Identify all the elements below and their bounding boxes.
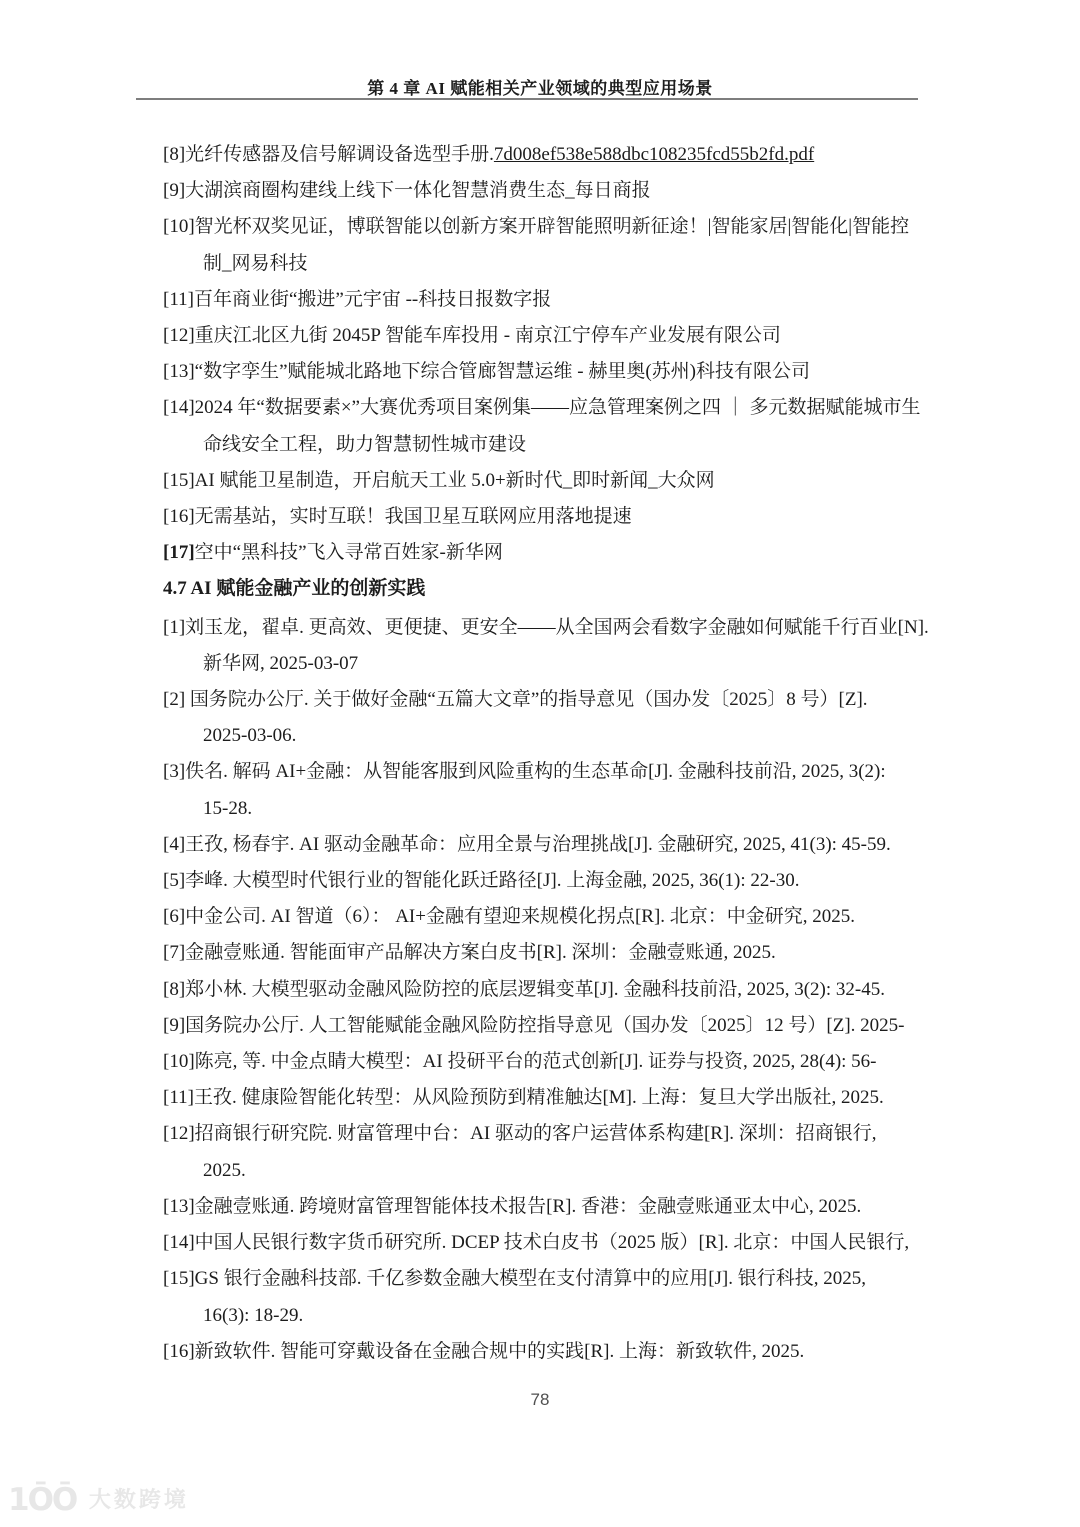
reference-text: [12]招商银行研究院. 财富管理中台：AI 驱动的客户运营体系构建[R]. 深… (163, 1123, 877, 1144)
reference-text: 15-28. (203, 798, 252, 819)
reference-text: [6]中金公司. AI 智道（6）： AI+金融有望迎来规模化拐点[R]. 北京… (163, 906, 855, 927)
pdf-link[interactable]: 7d008ef538e588dbc108235fcd55b2fd.pdf (494, 144, 814, 165)
reference-text: 制_网易科技 (203, 253, 308, 274)
reference-line: [10]智光杯双奖见证，博联智能以创新方案开辟智能照明新征途！|智能家居|智能化… (163, 209, 993, 245)
reference-text: [9]大湖滨商圈构建线上线下一体化智慧消费生态_每日商报 (163, 180, 651, 201)
reference-line: [7]金融壹账通. 智能面审产品解决方案白皮书[R]. 深圳：金融壹账通, 20… (163, 935, 993, 971)
reference-line: [8]光纤传感器及信号解调设备选型手册.7d008ef538e588dbc108… (163, 137, 993, 173)
reference-line: [11]王孜. 健康险智能化转型：从风险预防到精准触达[M]. 上海：复旦大学出… (163, 1080, 993, 1116)
reference-text: 2025. (203, 1160, 246, 1181)
reference-text: [16]无需基站，实时互联！我国卫星互联网应用落地提速 (163, 506, 632, 527)
reference-line: [13]“数字孪生”赋能城北路地下综合管廊智慧运维 - 赫里奥(苏州)科技有限公… (163, 354, 993, 390)
reference-text: [16]新致软件. 智能可穿戴设备在金融合规中的实践[R]. 上海：新致软件, … (163, 1341, 804, 1362)
reference-line: [9]国务院办公厅. 人工智能赋能金融风险防控指导意见（国办发〔2025〕12 … (163, 1008, 993, 1044)
reference-line: 15-28. (163, 791, 993, 827)
header-divider-line (136, 98, 918, 100)
section-heading-4-7: 4.7 AI 赋能金融产业的创新实践 (163, 571, 993, 607)
reference-text: [11]百年商业街“搬进”元宇宙 --科技日报数字报 (163, 289, 551, 310)
reference-text: [7]金融壹账通. 智能面审产品解决方案白皮书[R]. 深圳：金融壹账通, 20… (163, 942, 776, 963)
reference-text: [15]AI 赋能卫星制造，开启航天工业 5.0+新时代_即时新闻_大众网 (163, 470, 715, 491)
reference-text: 2025-03-06. (203, 725, 296, 746)
reference-text: [8]郑小林. 大模型驱动金融风险防控的底层逻辑变革[J]. 金融科技前沿, 2… (163, 979, 885, 1000)
reference-text: 命线安全工程，助力智慧韧性城市建设 (203, 434, 526, 455)
reference-line: [16]新致软件. 智能可穿戴设备在金融合规中的实践[R]. 上海：新致软件, … (163, 1334, 993, 1370)
reference-text: [3]佚名. 解码 AI+金融：从智能客服到风险重构的生态革命[J]. 金融科技… (163, 761, 886, 782)
reference-line: 新华网, 2025-03-07 (163, 646, 993, 682)
reference-text: [15]GS 银行金融科技部. 千亿参数金融大模型在支付清算中的应用[J]. 银… (163, 1268, 866, 1289)
reference-line: 16(3): 18-29. (163, 1298, 993, 1334)
web-references-list: [8]光纤传感器及信号解调设备选型手册.7d008ef538e588dbc108… (163, 137, 993, 571)
reference-line: [17]空中“黑科技”飞入寻常百姓家-新华网 (163, 535, 993, 571)
reference-line: 命线安全工程，助力智慧韧性城市建设 (163, 427, 993, 463)
reference-line: [12]重庆江北区九街 2045P 智能车库投用 - 南京江宁停车产业发展有限公… (163, 318, 993, 354)
reference-text: [12]重庆江北区九街 2045P 智能车库投用 - 南京江宁停车产业发展有限公… (163, 325, 781, 346)
reference-line: 2025-03-06. (163, 718, 993, 754)
watermark: 1ŌŌ 大数跨境 (8, 1482, 189, 1518)
reference-line: [14]2024 年“数据要素×”大赛优秀项目案例集——应急管理案例之四 ｜ 多… (163, 390, 993, 426)
reference-line: [12]招商银行研究院. 财富管理中台：AI 驱动的客户运营体系构建[R]. 深… (163, 1116, 993, 1152)
reference-line: [6]中金公司. AI 智道（6）： AI+金融有望迎来规模化拐点[R]. 北京… (163, 899, 993, 935)
chapter-header-title: 第 4 章 AI 赋能相关产业领域的典型应用场景 (0, 74, 1080, 99)
reference-line: 2025. (163, 1153, 993, 1189)
reference-line: [4]王孜, 杨春宇. AI 驱动金融革命：应用全景与治理挑战[J]. 金融研究… (163, 827, 993, 863)
reference-text: [5]李峰. 大模型时代银行业的智能化跃迁路径[J]. 上海金融, 2025, … (163, 870, 799, 891)
page-number: 78 (0, 1389, 1080, 1411)
document-page: 第 4 章 AI 赋能相关产业领域的典型应用场景 [8]光纤传感器及信号解调设备… (0, 0, 1080, 1527)
reference-text: [14]中国人民银行数字货币研究所. DCEP 技术白皮书（2025 版）[R]… (163, 1232, 909, 1253)
reference-line: [3]佚名. 解码 AI+金融：从智能客服到风险重构的生态革命[J]. 金融科技… (163, 754, 993, 790)
reference-text: 新华网, 2025-03-07 (203, 653, 358, 674)
reference-line: [11]百年商业街“搬进”元宇宙 --科技日报数字报 (163, 282, 993, 318)
reference-line: [15]AI 赋能卫星制造，开启航天工业 5.0+新时代_即时新闻_大众网 (163, 463, 993, 499)
reference-line: [16]无需基站，实时互联！我国卫星互联网应用落地提速 (163, 499, 993, 535)
reference-text: [13]金融壹账通. 跨境财富管理智能体技术报告[R]. 香港：金融壹账通亚太中… (163, 1196, 861, 1217)
reference-text: 16(3): 18-29. (203, 1305, 303, 1326)
reference-line: [2] 国务院办公厅. 关于做好金融“五篇大文章”的指导意见（国办发〔2025〕… (163, 682, 993, 718)
reference-line: [10]陈亮, 等. 中金点睛大模型：AI 投研平台的范式创新[J]. 证券与投… (163, 1044, 993, 1080)
references-content: [8]光纤传感器及信号解调设备选型手册.7d008ef538e588dbc108… (163, 137, 993, 1370)
reference-text: [9]国务院办公厅. 人工智能赋能金融风险防控指导意见（国办发〔2025〕12 … (163, 1015, 905, 1036)
reference-line: [1]刘玉龙，翟卓. 更高效、更便捷、更安全——从全国两会看数字金融如何赋能千行… (163, 610, 993, 646)
finance-references-list: [1]刘玉龙，翟卓. 更高效、更便捷、更安全——从全国两会看数字金融如何赋能千行… (163, 610, 993, 1370)
reference-text: [10]智光杯双奖见证，博联智能以创新方案开辟智能照明新征途！|智能家居|智能化… (163, 216, 909, 237)
reference-line: [8]郑小林. 大模型驱动金融风险防控的底层逻辑变革[J]. 金融科技前沿, 2… (163, 972, 993, 1008)
reference-text: 空中“黑科技”飞入寻常百姓家-新华网 (195, 542, 503, 563)
reference-text: [11]王孜. 健康险智能化转型：从风险预防到精准触达[M]. 上海：复旦大学出… (163, 1087, 884, 1108)
reference-line: [5]李峰. 大模型时代银行业的智能化跃迁路径[J]. 上海金融, 2025, … (163, 863, 993, 899)
watermark-logo-icon: 1ŌŌ (8, 1482, 76, 1518)
reference-text: [10]陈亮, 等. 中金点睛大模型：AI 投研平台的范式创新[J]. 证券与投… (163, 1051, 877, 1072)
watermark-brand-text: 大数跨境 (89, 1488, 189, 1513)
reference-text: [4]王孜, 杨春宇. AI 驱动金融革命：应用全景与治理挑战[J]. 金融研究… (163, 834, 891, 855)
reference-text: [13]“数字孪生”赋能城北路地下综合管廊智慧运维 - 赫里奥(苏州)科技有限公… (163, 361, 810, 382)
reference-text: [17] (163, 542, 195, 563)
reference-text: [1]刘玉龙，翟卓. 更高效、更便捷、更安全——从全国两会看数字金融如何赋能千行… (163, 617, 929, 638)
reference-line: [9]大湖滨商圈构建线上线下一体化智慧消费生态_每日商报 (163, 173, 993, 209)
reference-text: [8]光纤传感器及信号解调设备选型手册. (163, 144, 494, 165)
reference-text: [2] 国务院办公厅. 关于做好金融“五篇大文章”的指导意见（国办发〔2025〕… (163, 689, 868, 710)
reference-line: [13]金融壹账通. 跨境财富管理智能体技术报告[R]. 香港：金融壹账通亚太中… (163, 1189, 993, 1225)
reference-line: [15]GS 银行金融科技部. 千亿参数金融大模型在支付清算中的应用[J]. 银… (163, 1261, 993, 1297)
reference-line: 制_网易科技 (163, 246, 993, 282)
reference-line: [14]中国人民银行数字货币研究所. DCEP 技术白皮书（2025 版）[R]… (163, 1225, 993, 1261)
reference-text: [14]2024 年“数据要素×”大赛优秀项目案例集——应急管理案例之四 ｜ 多… (163, 397, 921, 418)
